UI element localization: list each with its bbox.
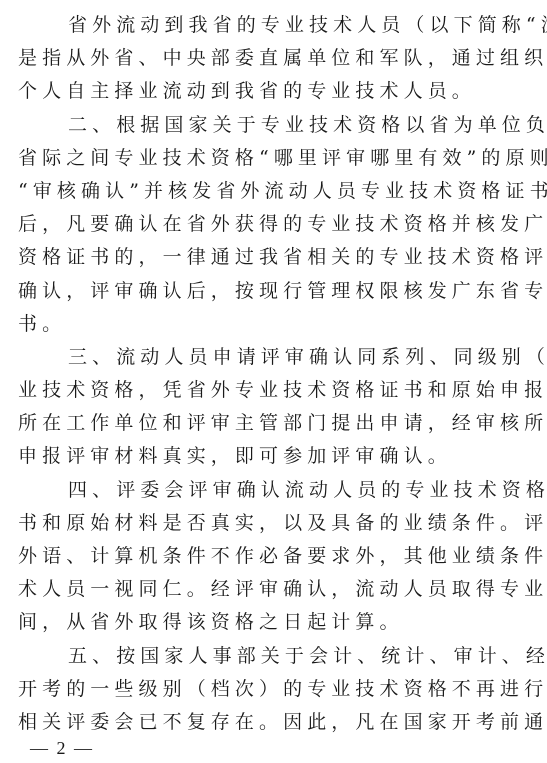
text-line: 开考的一些级别（档次）的专业技术资格不再进行评审的规定， — [18, 673, 514, 706]
text-line: 二、根据国家关于专业技术资格以省为单位负责组织评审和 — [18, 109, 514, 142]
text-line: 确认，评审确认后，按现行管理权限核发广东省专业技术资格证 — [18, 275, 514, 308]
text-line: 省外流动到我省的专业技术人员（以下简称“流动人员”） — [18, 9, 514, 42]
text-line: 术人员一视同仁。经评审确认，流动人员取得专业技术资格的时 — [18, 573, 514, 606]
text-line: 间，从省外取得该资格之日起计算。 — [18, 606, 514, 639]
text-line: 三、流动人员申请评审确认同系列、同级别（档次）的专 — [18, 341, 514, 374]
text-line: 个人自主择业流动到我省的专业技术人员。 — [18, 75, 514, 108]
text-line: 业技术资格，凭省外专业技术资格证书和原始申报评审材料，向 — [18, 374, 514, 407]
text-line: 书和原始材料是否真实，以及具备的业绩条件。评审确认时，除 — [18, 507, 514, 540]
text-line: 四、评委会评审确认流动人员的专业技术资格，主要审核证 — [18, 474, 514, 507]
text-line: 申报评审材料真实，即可参加评审确认。 — [18, 440, 514, 473]
document-body: 省外流动到我省的专业技术人员（以下简称“流动人员”） 是指从外省、中央部委直属单… — [18, 9, 514, 739]
text-line: 所在工作单位和评审主管部门提出申请，经审核所持证书和原始 — [18, 407, 514, 440]
text-line: 相关评委会已不复存在。因此，凡在国家开考前通过评审获得相 — [18, 706, 514, 739]
text-line: 省际之间专业技术资格“哪里评审哪里有效”的原则，此前以 — [18, 142, 514, 175]
text-line: “审核确认”并核发省外流动人员专业技术资格证书的办法取消 — [18, 175, 514, 208]
text-line: 后，凡要确认在省外获得的专业技术资格并核发广东省专业技术 — [18, 208, 514, 241]
text-line: 书。 — [18, 308, 514, 341]
text-line: 是指从外省、中央部委直属单位和军队，通过组织调动、安置或 — [18, 42, 514, 75]
text-line: 资格证书的，一律通过我省相关的专业技术资格评审委员会评审 — [18, 241, 514, 274]
page-number: — 2 — — [30, 738, 94, 759]
text-line: 五、按国家人事部关于会计、统计、审计、经济、卫生等已 — [18, 640, 514, 673]
text-line: 外语、计算机条件不作必备要求外，其他业绩条件与我省专业技 — [18, 540, 514, 573]
